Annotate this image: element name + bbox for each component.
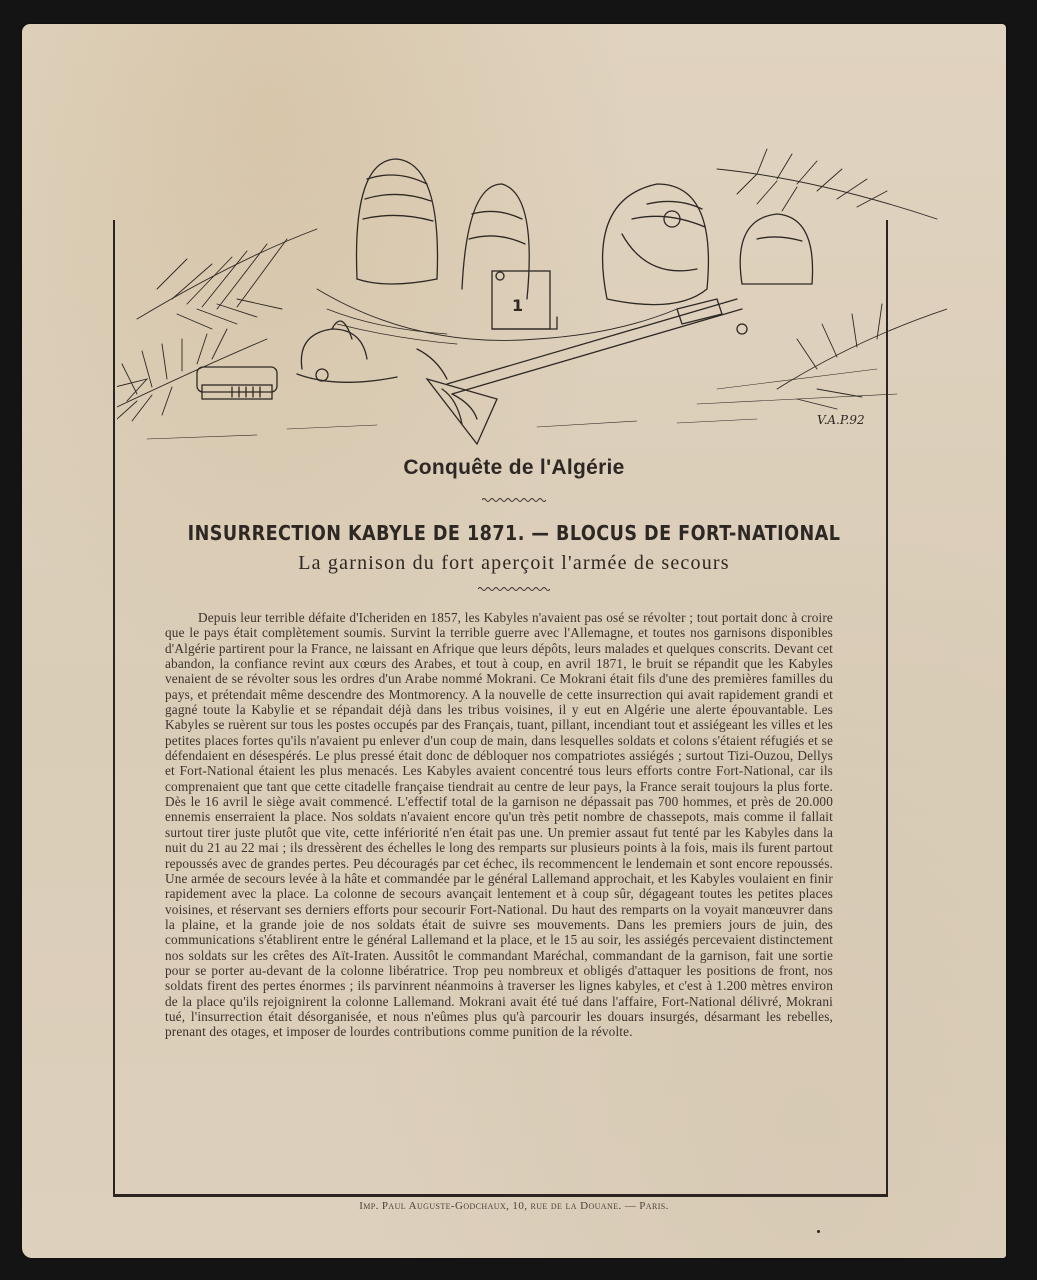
helmet-icon bbox=[740, 214, 812, 284]
printer-imprint: Imp. Paul Auguste-Godchaux, 10, rue de l… bbox=[22, 1200, 1006, 1212]
headline: INSURRECTION KABYLE DE 1871. — BLOCUS DE… bbox=[81, 521, 947, 545]
article-body: Depuis leur terrible défaite d'Icheriden… bbox=[165, 610, 833, 1040]
wave-divider-icon bbox=[22, 491, 1006, 509]
cartridge-box-icon bbox=[197, 367, 277, 399]
wave-divider-icon bbox=[22, 580, 1006, 598]
svg-text:1: 1 bbox=[512, 296, 523, 315]
illustration-fallen-soldier: 1 bbox=[117, 139, 947, 459]
artist-signature: V.A.P.92 bbox=[817, 413, 865, 427]
series-title: Conquête de l'Algérie bbox=[22, 456, 1006, 480]
axe-icon bbox=[417, 349, 497, 444]
document-page: 1 bbox=[22, 24, 1006, 1258]
turban-icon bbox=[603, 184, 709, 305]
cartridge-pouch-icon: 1 bbox=[492, 271, 557, 329]
boot-right bbox=[462, 184, 529, 299]
ink-spot bbox=[817, 1230, 820, 1233]
palm-frond-right bbox=[697, 149, 947, 409]
boot-left bbox=[357, 159, 438, 284]
subtitle: La garnison du fort aperçoit l'armée de … bbox=[22, 552, 1006, 575]
kepi-icon bbox=[297, 321, 397, 382]
